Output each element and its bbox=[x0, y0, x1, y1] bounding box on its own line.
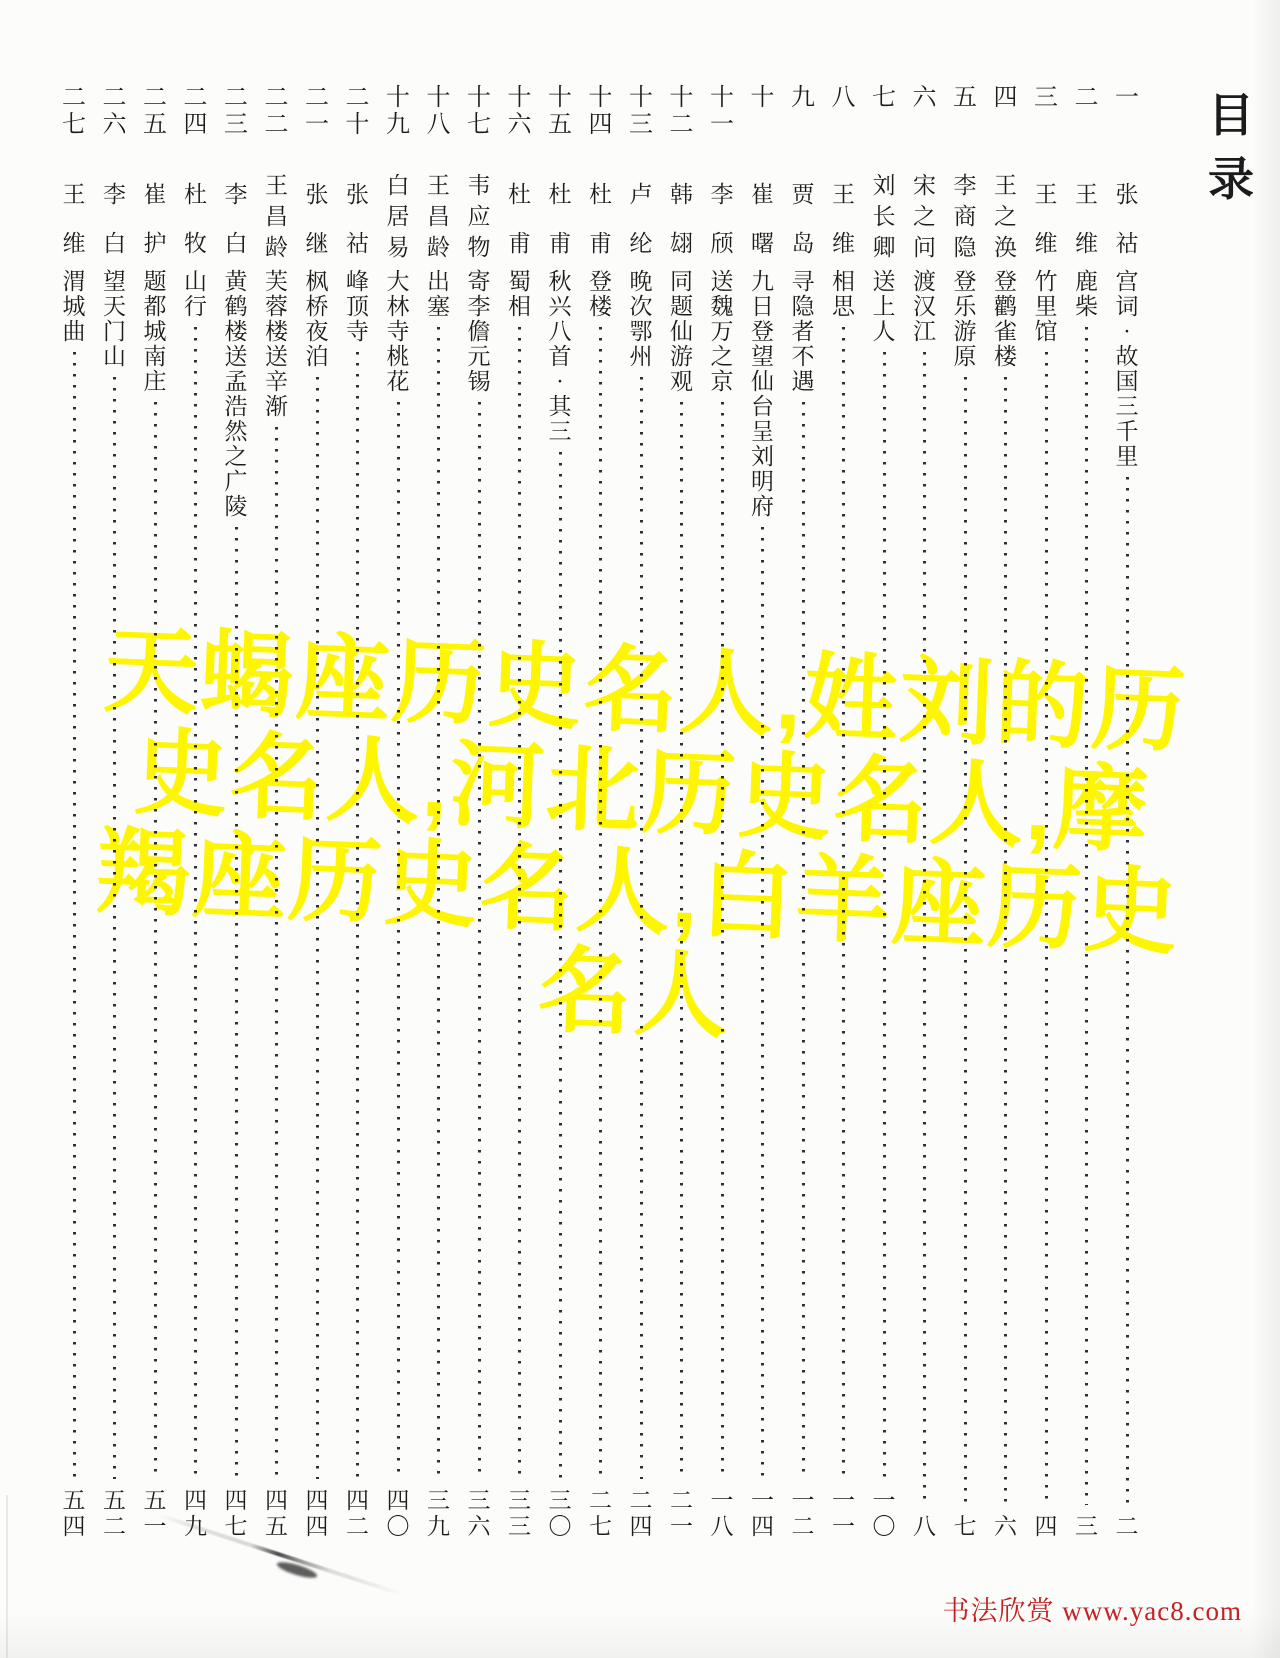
entry-page-number: 二 bbox=[1114, 1514, 1141, 1540]
entry-page-number: 一八 bbox=[709, 1488, 736, 1540]
dot-leader bbox=[1045, 352, 1048, 1505]
entry-page-number: 八 bbox=[911, 1514, 938, 1540]
entry-title: 竹里馆 bbox=[1033, 269, 1060, 344]
entry-title: 大林寺桃花 bbox=[385, 269, 412, 394]
entry-author: 崔曙 bbox=[749, 170, 776, 269]
entry-author: 杜甫 bbox=[587, 170, 614, 269]
toc-entry-column: 二 王维 鹿柴 三 bbox=[1067, 85, 1107, 1540]
entry-page-number: 一二 bbox=[790, 1488, 817, 1540]
entry-author: 崔护 bbox=[142, 170, 169, 269]
dot-leader bbox=[842, 327, 845, 1479]
entry-author: 李颀 bbox=[709, 170, 736, 269]
entry-author: 宋之问 bbox=[911, 170, 938, 269]
entry-number: 二三 bbox=[223, 85, 250, 170]
toc-entry-column: 二三 李白 黄鹤楼送孟浩然之广陵 四七 bbox=[216, 85, 256, 1540]
entry-number: 二 bbox=[1073, 85, 1100, 170]
entry-page-number: 二一 bbox=[668, 1488, 695, 1540]
entry-number: 十八 bbox=[425, 85, 452, 170]
entry-author: 杜牧 bbox=[182, 170, 209, 269]
entry-title: 黄鹤楼送孟浩然之广陵 bbox=[223, 269, 250, 519]
entry-page-number: 五二 bbox=[101, 1488, 128, 1540]
dot-leader bbox=[356, 352, 359, 1479]
toc-entry-column: 九 贾岛 寻隐者不遇 一二 bbox=[783, 85, 823, 1540]
entry-title: 秋兴八首·其三 bbox=[547, 269, 574, 444]
dot-leader bbox=[680, 402, 683, 1479]
entry-author: 韩翃 bbox=[668, 170, 695, 269]
toc-entry-column: 二一 张继 枫桥夜泊 四四 bbox=[297, 85, 337, 1540]
dot-leader bbox=[518, 327, 521, 1479]
dot-leader bbox=[923, 352, 926, 1505]
toc-entry-column: 十七 韦应物 寄李儋元锡 三六 bbox=[459, 85, 499, 1540]
entry-number: 二六 bbox=[101, 85, 128, 170]
entry-page-number: 三 bbox=[1073, 1514, 1100, 1540]
entry-number: 十六 bbox=[506, 85, 533, 170]
dot-leader bbox=[1126, 477, 1129, 1505]
scan-edge-shading-bottom bbox=[0, 1612, 1280, 1658]
toc-entry-column: 二十 张祜 峰顶寺 四二 bbox=[338, 85, 378, 1540]
toc-entry-column: 五 李商隐 登乐游原 七 bbox=[945, 85, 985, 1540]
entry-title: 蜀相 bbox=[506, 269, 533, 319]
dot-leader bbox=[559, 452, 562, 1479]
entry-page-number: 二四 bbox=[628, 1488, 655, 1540]
entry-title: 题都城南庄 bbox=[142, 269, 169, 394]
entry-number: 三 bbox=[1033, 85, 1060, 170]
dot-leader bbox=[478, 402, 481, 1479]
entry-number: 十九 bbox=[385, 85, 412, 170]
entry-author: 李白 bbox=[223, 170, 250, 269]
dot-leader bbox=[275, 427, 278, 1479]
entry-title: 寻隐者不遇 bbox=[790, 269, 817, 394]
toc-entry-column: 七 刘长卿 送上人 一〇 bbox=[864, 85, 904, 1540]
entry-page-number: 七 bbox=[952, 1514, 979, 1540]
entry-author: 白居易 bbox=[385, 170, 412, 269]
entry-title: 鹿柴 bbox=[1073, 269, 1100, 319]
entry-title: 登鹳雀楼 bbox=[992, 269, 1019, 369]
entry-number: 十七 bbox=[466, 85, 493, 170]
entry-title: 宫词·故国三千里 bbox=[1114, 269, 1141, 469]
dot-leader bbox=[883, 352, 886, 1479]
entry-page-number: 一四 bbox=[749, 1488, 776, 1540]
dot-leader bbox=[721, 402, 724, 1479]
entry-page-number: 三九 bbox=[425, 1488, 452, 1540]
entry-author: 刘长卿 bbox=[871, 170, 898, 269]
entry-author: 王昌龄 bbox=[263, 170, 290, 269]
entry-number: 二七 bbox=[61, 85, 88, 170]
entry-page-number: 一一 bbox=[830, 1488, 857, 1540]
entry-title: 望天门山 bbox=[101, 269, 128, 369]
toc-entry-column: 六 宋之问 渡汉江 八 bbox=[905, 85, 945, 1540]
entry-number: 九 bbox=[790, 85, 817, 170]
entry-author: 李商隐 bbox=[952, 170, 979, 269]
entry-page-number: 三三 bbox=[506, 1488, 533, 1540]
entry-author: 张继 bbox=[304, 170, 331, 269]
entry-number: 十一 bbox=[709, 85, 736, 170]
toc-entry-column: 十一 李颀 送魏万之京 一八 bbox=[702, 85, 742, 1540]
entry-page-number: 四七 bbox=[223, 1488, 250, 1540]
entry-title: 枫桥夜泊 bbox=[304, 269, 331, 369]
toc-entry-column: 二五 崔护 题都城南庄 五一 bbox=[135, 85, 175, 1540]
entry-author: 王昌龄 bbox=[425, 170, 452, 269]
entry-number: 二一 bbox=[304, 85, 331, 170]
entry-number: 十四 bbox=[587, 85, 614, 170]
toc-entry-column: 三 王维 竹里馆 四 bbox=[1026, 85, 1066, 1540]
entry-author: 张祜 bbox=[1114, 170, 1141, 269]
entry-number: 十 bbox=[749, 85, 776, 170]
entry-title: 相思 bbox=[830, 269, 857, 319]
toc-entry-column: 一 张祜 宫词·故国三千里 二 bbox=[1107, 85, 1147, 1540]
entry-number: 二四 bbox=[182, 85, 209, 170]
toc-entry-column: 十四 杜甫 登楼 二七 bbox=[581, 85, 621, 1540]
entry-title: 寄李儋元锡 bbox=[466, 269, 493, 394]
entry-author: 王维 bbox=[1033, 170, 1060, 269]
toc-columns: 一 张祜 宫词·故国三千里 二 二 王维 鹿柴 三 三 王维 竹里馆 四 四 王… bbox=[0, 0, 1280, 1658]
entry-author: 杜甫 bbox=[506, 170, 533, 269]
toc-entry-column: 十八 王昌龄 出塞 三九 bbox=[419, 85, 459, 1540]
entry-author: 王维 bbox=[1073, 170, 1100, 269]
entry-number: 六 bbox=[911, 85, 938, 170]
entry-number: 二十 bbox=[344, 85, 371, 170]
entry-title: 渭城曲 bbox=[61, 269, 88, 344]
toc-entry-column: 十三 卢纶 晚次鄂州 二四 bbox=[621, 85, 661, 1540]
entry-title: 晚次鄂州 bbox=[628, 269, 655, 369]
entry-page-number: 四二 bbox=[344, 1488, 371, 1540]
entry-title: 同题仙游观 bbox=[668, 269, 695, 394]
entry-number: 十三 bbox=[628, 85, 655, 170]
entry-author: 杜甫 bbox=[547, 170, 574, 269]
entry-page-number: 四五 bbox=[263, 1488, 290, 1540]
entry-author: 贾岛 bbox=[790, 170, 817, 269]
entry-title: 送上人 bbox=[871, 269, 898, 344]
toc-entry-column: 十五 杜甫 秋兴八首·其三 三〇 bbox=[540, 85, 580, 1540]
scan-edge-line-left bbox=[6, 1495, 8, 1658]
toc-entry-column: 二二 王昌龄 芙蓉楼送辛渐 四五 bbox=[257, 85, 297, 1540]
toc-entry-column: 二七 王维 渭城曲 五四 bbox=[54, 85, 94, 1540]
entry-title: 芙蓉楼送辛渐 bbox=[263, 269, 290, 419]
dot-leader bbox=[316, 377, 319, 1479]
entry-title: 峰顶寺 bbox=[344, 269, 371, 344]
entry-author: 韦应物 bbox=[466, 170, 493, 269]
toc-entry-column: 十九 白居易 大林寺桃花 四〇 bbox=[378, 85, 418, 1540]
entry-title: 送魏万之京 bbox=[709, 269, 736, 394]
entry-title: 登楼 bbox=[587, 269, 614, 319]
toc-entry-column: 八 王维 相思 一一 bbox=[824, 85, 864, 1540]
entry-page-number: 四 bbox=[1033, 1514, 1060, 1540]
entry-page-number: 一〇 bbox=[871, 1488, 898, 1540]
entry-number: 十五 bbox=[547, 85, 574, 170]
entry-page-number: 六 bbox=[992, 1514, 1019, 1540]
dot-leader bbox=[964, 377, 967, 1505]
dot-leader bbox=[437, 327, 440, 1479]
entry-title: 出塞 bbox=[425, 269, 452, 319]
toc-entry-column: 四 王之涣 登鹳雀楼 六 bbox=[986, 85, 1026, 1540]
entry-number: 二五 bbox=[142, 85, 169, 170]
entry-author: 王维 bbox=[61, 170, 88, 269]
entry-author: 卢纶 bbox=[628, 170, 655, 269]
toc-entry-column: 二四 杜牧 山行 四九 bbox=[176, 85, 216, 1540]
entry-page-number: 五四 bbox=[61, 1488, 88, 1540]
entry-page-number: 四四 bbox=[304, 1488, 331, 1540]
dot-leader bbox=[235, 527, 238, 1479]
dot-leader bbox=[194, 327, 197, 1479]
entry-page-number: 三〇 bbox=[547, 1488, 574, 1540]
entry-author: 王维 bbox=[830, 170, 857, 269]
entry-number: 五 bbox=[952, 85, 979, 170]
entry-number: 四 bbox=[992, 85, 1019, 170]
dot-leader bbox=[761, 527, 764, 1479]
entry-author: 李白 bbox=[101, 170, 128, 269]
page-title: 目录 bbox=[1204, 84, 1258, 212]
entry-number: 八 bbox=[830, 85, 857, 170]
dot-leader bbox=[73, 352, 76, 1479]
entry-page-number: 四〇 bbox=[385, 1488, 412, 1540]
toc-entry-column: 十六 杜甫 蜀相 三三 bbox=[500, 85, 540, 1540]
entry-title: 山行 bbox=[182, 269, 209, 319]
dot-leader bbox=[397, 402, 400, 1479]
entry-title: 渡汉江 bbox=[911, 269, 938, 344]
entry-number: 二二 bbox=[263, 85, 290, 170]
dot-leader bbox=[1085, 327, 1088, 1505]
entry-number: 十二 bbox=[668, 85, 695, 170]
dot-leader bbox=[113, 377, 116, 1479]
scanned-toc-page: 天蝎座历史名人,姓刘的历 史名人,河北历史名人,摩 羯座历史名人,白羊座历史 名… bbox=[0, 0, 1280, 1658]
entry-number: 七 bbox=[871, 85, 898, 170]
dot-leader bbox=[1004, 377, 1007, 1505]
dot-leader bbox=[802, 402, 805, 1479]
entry-author: 张祜 bbox=[344, 170, 371, 269]
entry-page-number: 二七 bbox=[587, 1488, 614, 1540]
entry-title: 九日登望仙台呈刘明府 bbox=[749, 269, 776, 519]
dot-leader bbox=[599, 327, 602, 1479]
scan-edge-shading-right bbox=[1252, 0, 1280, 1658]
entry-number: 一 bbox=[1114, 85, 1141, 170]
entry-page-number: 三六 bbox=[466, 1488, 493, 1540]
entry-author: 王之涣 bbox=[992, 170, 1019, 269]
dot-leader bbox=[154, 402, 157, 1479]
dot-leader bbox=[640, 377, 643, 1479]
toc-entry-column: 十二 韩翃 同题仙游观 二一 bbox=[662, 85, 702, 1540]
entry-title: 登乐游原 bbox=[952, 269, 979, 369]
toc-entry-column: 十 崔曙 九日登望仙台呈刘明府 一四 bbox=[743, 85, 783, 1540]
toc-entry-column: 二六 李白 望天门山 五二 bbox=[95, 85, 135, 1540]
